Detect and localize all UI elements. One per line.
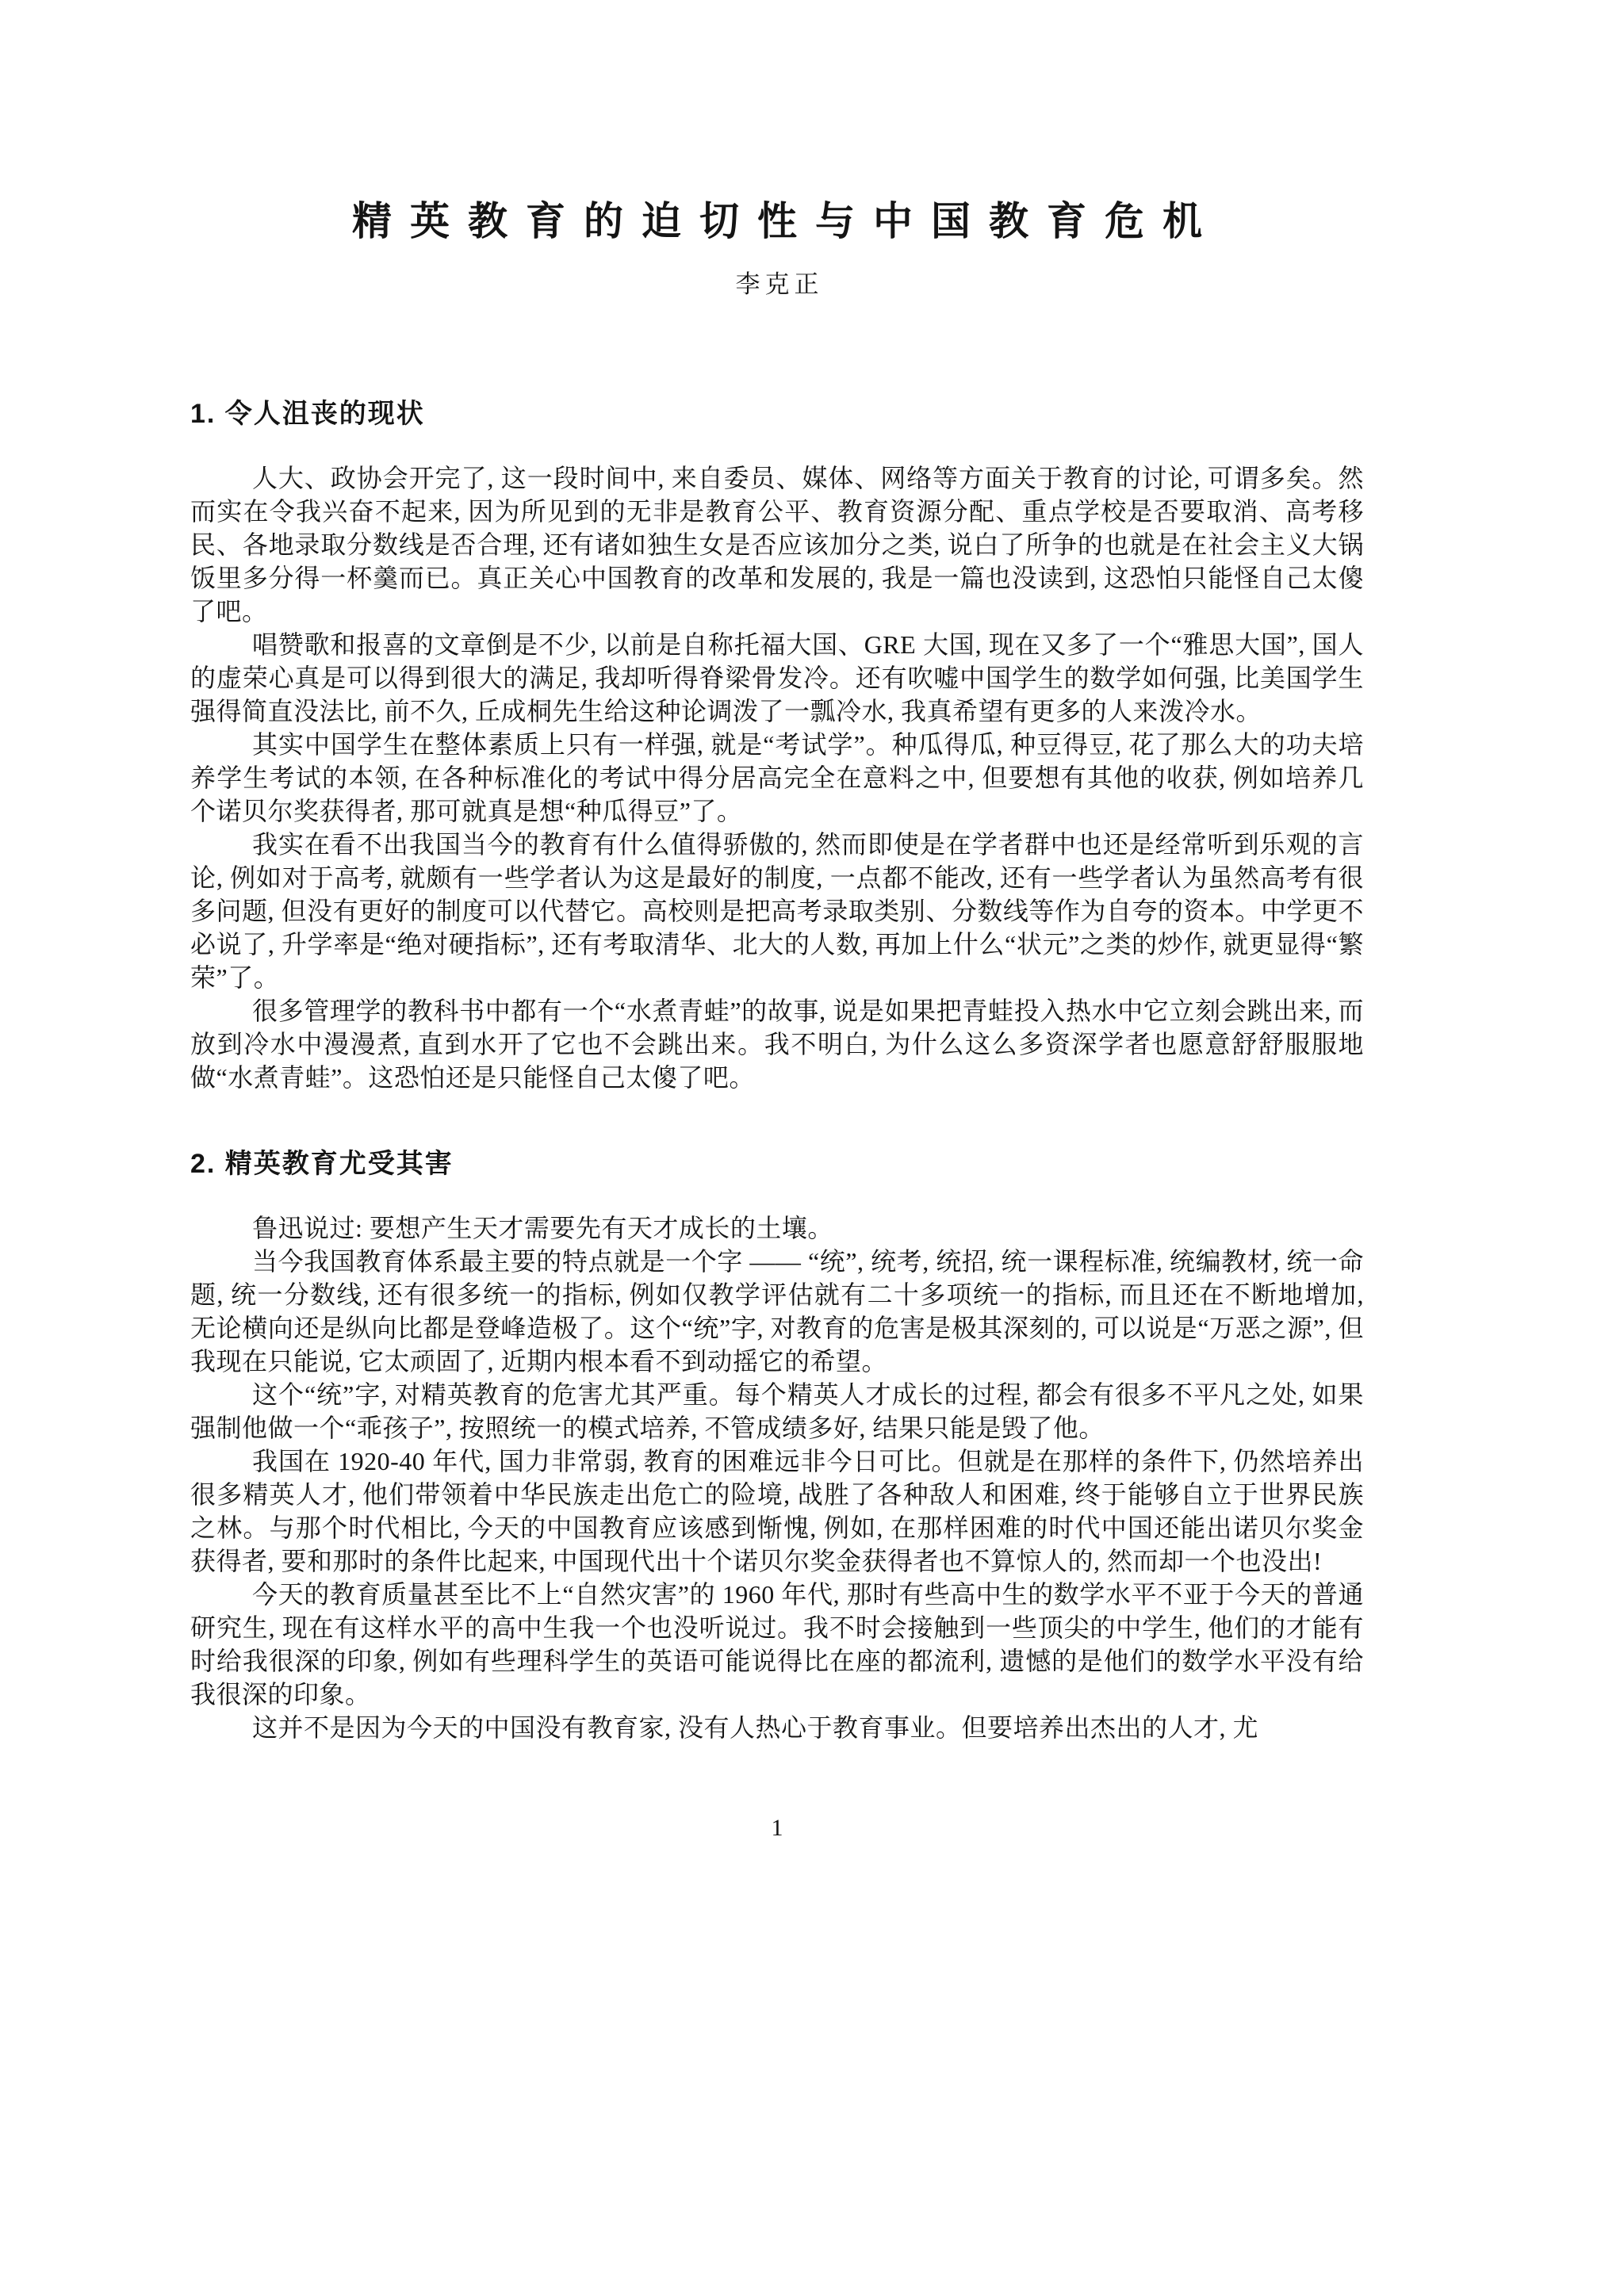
paragraph: 我实在看不出我国当今的教育有什么值得骄傲的, 然而即使是在学者群中也还是经常听到…	[190, 828, 1364, 994]
paragraph: 这个“统”字, 对精英教育的危害尤其严重。每个精英人才成长的过程, 都会有很多不…	[190, 1378, 1364, 1445]
document-title: 精英教育的迫切性与中国教育危机	[190, 198, 1364, 244]
author-name: 李克正	[190, 270, 1364, 300]
paragraph: 唱赞歌和报喜的文章倒是不少, 以前是自称托福大国、GRE 大国, 现在又多了一个…	[190, 628, 1364, 728]
paragraph: 其实中国学生在整体素质上只有一样强, 就是“考试学”。种瓜得瓜, 种豆得豆, 花…	[190, 728, 1364, 828]
paragraph: 很多管理学的教科书中都有一个“水煮青蛙”的故事, 说是如果把青蛙投入热水中它立刻…	[190, 994, 1364, 1094]
section-heading: 1. 令人沮丧的现状	[190, 396, 1364, 431]
paragraph: 我国在 1920-40 年代, 国力非常弱, 教育的困难远非今日可比。但就是在那…	[190, 1445, 1364, 1578]
section-dismal-status: 1. 令人沮丧的现状 人大、政协会开完了, 这一段时间中, 来自委员、媒体、网络…	[190, 396, 1364, 1094]
paragraph: 人大、政协会开完了, 这一段时间中, 来自委员、媒体、网络等方面关于教育的讨论,…	[190, 461, 1364, 628]
paragraph: 当今我国教育体系最主要的特点就是一个字 —— “统”, 统考, 统招, 统一课程…	[190, 1245, 1364, 1378]
paragraph: 这并不是因为今天的中国没有教育家, 没有人热心于教育事业。但要培养出杰出的人才,…	[190, 1711, 1364, 1744]
section-heading: 2. 精英教育尤受其害	[190, 1146, 1364, 1181]
section-elite-education: 2. 精英教育尤受其害 鲁迅说过: 要想产生天才需要先有天才成长的土壤。 当今我…	[190, 1146, 1364, 1744]
paragraph: 鲁迅说过: 要想产生天才需要先有天才成长的土壤。	[190, 1211, 1364, 1245]
document-page: 精英教育的迫切性与中国教育危机 李克正 1. 令人沮丧的现状 人大、政协会开完了…	[0, 0, 1624, 2296]
paragraph: 今天的教育质量甚至比不上“自然灾害”的 1960 年代, 那时有些高中生的数学水…	[190, 1578, 1364, 1711]
page-number: 1	[190, 1814, 1364, 1843]
